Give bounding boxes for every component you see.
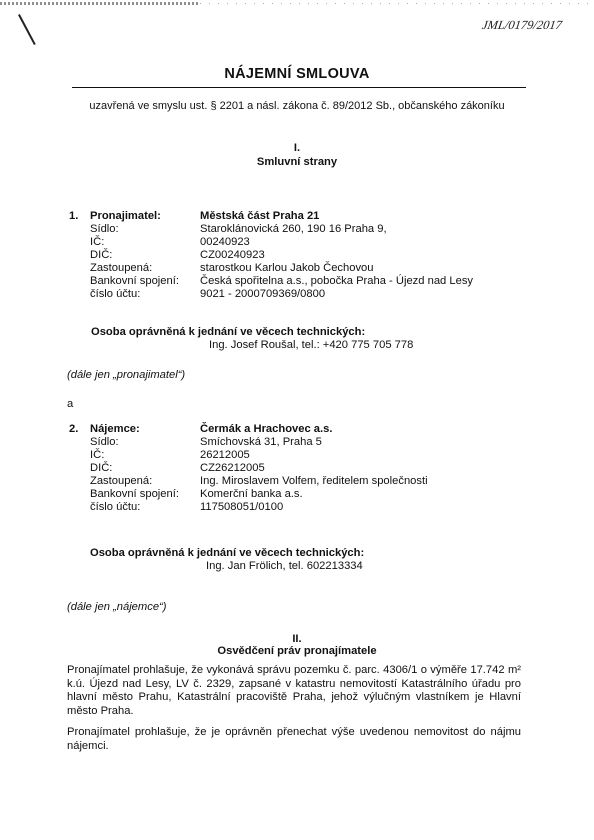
section-2-paragraph: Pronajímatel prohlašuje, že vykonává spr…: [67, 664, 521, 718]
field-label: IČ:: [90, 449, 104, 461]
party-2-role-label: Nájemce:: [90, 423, 140, 435]
section-2-heading: Osvědčení práv pronajímatele: [0, 645, 594, 657]
field-value: Ing. Miroslavem Volfem, ředitelem společ…: [200, 475, 428, 487]
party-2-field-row: Bankovní spojení: Komerční banka a.s.: [0, 488, 594, 501]
party-1-header-row: 1. Pronajimatel: Městská část Praha 21: [0, 210, 594, 223]
field-value: 26212005: [200, 449, 250, 461]
party-1-field-row: Zastoupená: starostkou Karlou Jakob Čech…: [0, 262, 594, 275]
party-1-field-row: Bankovní spojení: Česká spořitelna a.s.,…: [0, 275, 594, 288]
field-value: 117508051/0100: [200, 501, 283, 513]
document-subtitle: uzavřená ve smyslu ust. § 2201 a násl. z…: [0, 100, 594, 112]
field-value: 00240923: [200, 236, 250, 248]
field-label: číslo účtu:: [90, 288, 140, 300]
field-label: IČ:: [90, 236, 104, 248]
scan-artifact-top: [0, 2, 200, 5]
section-1-heading: Smluvní strany: [0, 156, 594, 168]
party-1-field-row: číslo účtu: 9021 - 2000709369/0800: [0, 288, 594, 301]
party-2-tech-contact-value: Ing. Jan Frölich, tel. 602213334: [206, 560, 363, 572]
party-2-tech-contact-label: Osoba oprávněná k jednání ve věcech tech…: [90, 547, 364, 559]
field-value: Smíchovská 31, Praha 5: [200, 436, 322, 448]
party-2-field-row: Sídlo: Smíchovská 31, Praha 5: [0, 436, 594, 449]
party-2-field-row: Zastoupená: Ing. Miroslavem Volfem, ředi…: [0, 475, 594, 488]
field-value: CZ00240923: [200, 249, 265, 261]
party-2-field-row: DIČ: CZ26212005: [0, 462, 594, 475]
document-title: NÁJEMNÍ SMLOUVA: [0, 66, 594, 82]
field-label: DIČ:: [90, 249, 112, 261]
party-2-field-row: IČ: 26212005: [0, 449, 594, 462]
field-value: starostkou Karlou Jakob Čechovou: [200, 262, 374, 274]
field-label: Bankovní spojení:: [90, 275, 179, 287]
party-1-tech-contact-label: Osoba oprávněná k jednání ve věcech tech…: [91, 326, 365, 338]
party-1-alias: (dále jen „pronajimatel“): [67, 369, 185, 381]
field-value: CZ26212005: [200, 462, 265, 474]
section-2-number: II.: [0, 633, 594, 645]
field-value: Česká spořitelna a.s., pobočka Praha - Ú…: [200, 275, 473, 287]
field-value: Staroklánovická 260, 190 16 Praha 9,: [200, 223, 387, 235]
handwritten-reference-number: JML/0179/2017: [481, 18, 563, 33]
party-1-field-row: DIČ: CZ00240923: [0, 249, 594, 262]
party-1-role-label: Pronajimatel:: [90, 210, 161, 222]
section-2-paragraph: Pronajímatel prohlašuje, že je oprávněn …: [67, 726, 521, 753]
party-2-index: 2.: [69, 423, 78, 435]
party-1-field-row: IČ: 00240923: [0, 236, 594, 249]
field-label: Sídlo:: [90, 436, 119, 448]
field-label: Zastoupená:: [90, 262, 152, 274]
field-label: DIČ:: [90, 462, 112, 474]
party-1-field-row: Sídlo: Staroklánovická 260, 190 16 Praha…: [0, 223, 594, 236]
field-label: Sídlo:: [90, 223, 119, 235]
conjunction: a: [67, 398, 73, 410]
party-1-tech-contact-value: Ing. Josef Roušal, tel.: +420 775 705 77…: [209, 339, 413, 351]
title-underline: [72, 87, 526, 88]
party-1-index: 1.: [69, 210, 78, 222]
field-value: Komerční banka a.s.: [200, 488, 303, 500]
party-1-name: Městská část Praha 21: [200, 210, 319, 222]
party-2-header-row: 2. Nájemce: Čermák a Hrachovec a.s.: [0, 423, 594, 436]
scan-artifact-line: [200, 3, 590, 4]
field-label: Bankovní spojení:: [90, 488, 179, 500]
section-1-number: I.: [0, 142, 594, 154]
pen-mark: [18, 14, 36, 45]
party-2-name: Čermák a Hrachovec a.s.: [200, 423, 332, 435]
field-value: 9021 - 2000709369/0800: [200, 288, 325, 300]
field-label: Zastoupená:: [90, 475, 152, 487]
party-2-field-row: číslo účtu: 117508051/0100: [0, 501, 594, 514]
party-2-alias: (dále jen „nájemce“): [67, 601, 167, 613]
field-label: číslo účtu:: [90, 501, 140, 513]
